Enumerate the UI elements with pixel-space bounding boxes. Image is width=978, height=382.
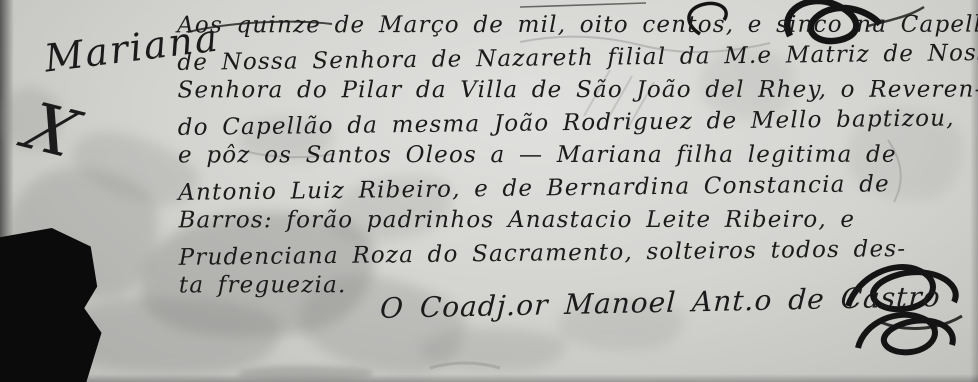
record-line: do Capellão da mesma João Rodriguez de M… [178, 105, 978, 147]
record-line: de Nossa Senhora de Nazareth filial da M… [177, 40, 977, 82]
record-line: e pôz os Santos Oleos a — Mariana filha … [178, 142, 978, 175]
scan-edge-bottom [0, 374, 978, 382]
paper-stain [238, 366, 373, 382]
document-scan: Mariana X Aos quinze de Março de mil, oi… [0, 0, 978, 382]
record-line: Antonio Luiz Ribeiro, e de Bernardina Co… [178, 170, 978, 212]
record-text: Aos quinze de Março de mil, oito centos,… [177, 9, 978, 307]
record-line: Barros: forão padrinhos Anastacio Leite … [178, 207, 978, 240]
record-line: Senhora do Pilar da Villa de São João de… [178, 77, 978, 110]
record-line: Prudenciana Roza do Sacramento, solteiro… [179, 235, 978, 277]
record-line: Aos quinze de Março de mil, oito centos,… [177, 12, 977, 45]
paper-stain [420, 328, 565, 370]
